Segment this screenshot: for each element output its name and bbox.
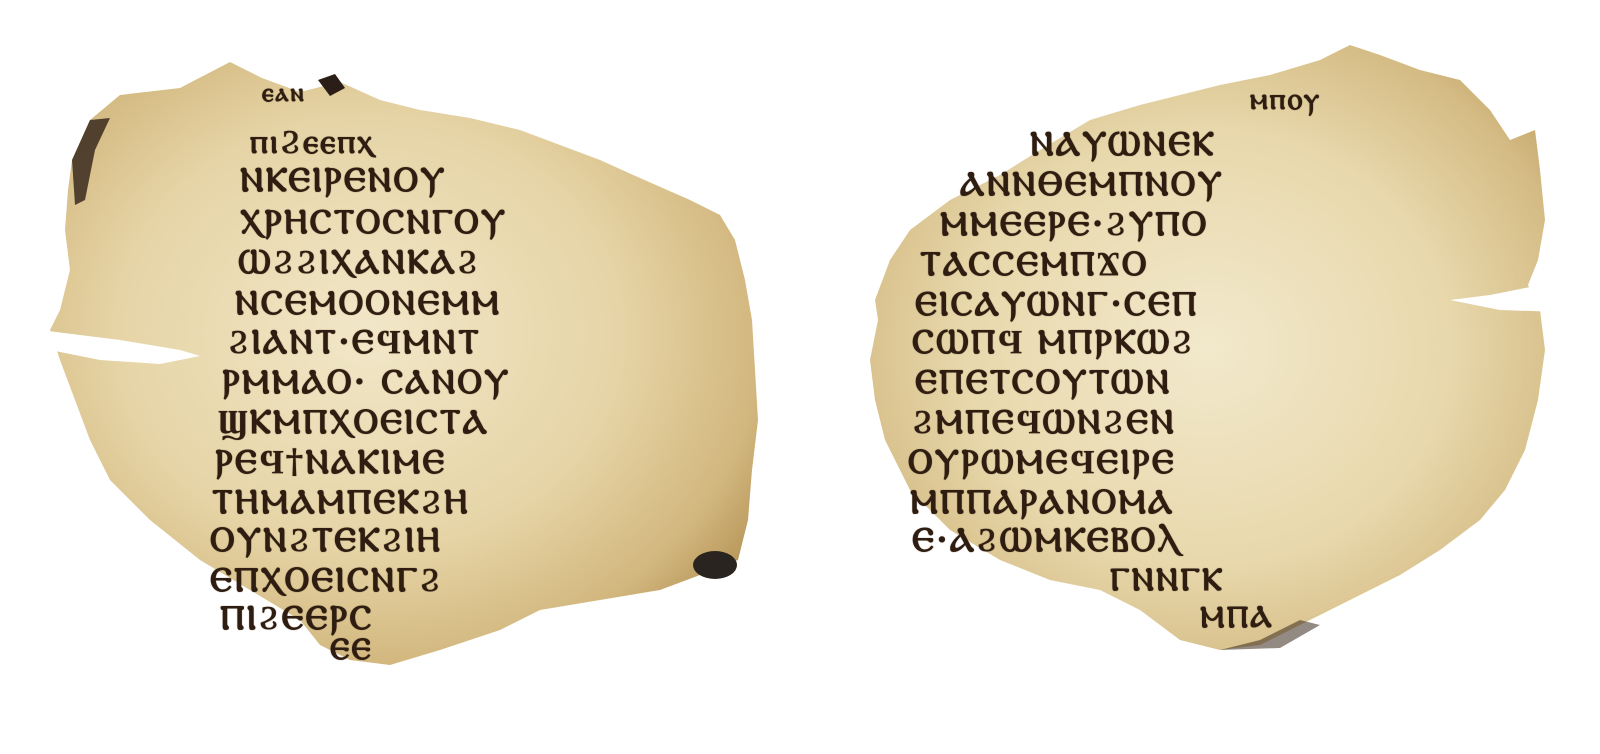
- text-line: ⲚⲔⲈⲒⲢⲈⲚⲞⲨ: [240, 160, 447, 200]
- text-line: ⲦⲎⲘⲀⲘⲠⲈⲔϨⲎ: [212, 482, 470, 522]
- text-line: ⲚⲀⲨⲰⲚⲈⲔ: [1030, 124, 1216, 164]
- text-line: ϨⲘⲠⲈϤⲰⲚϨⲈⲚ: [912, 402, 1176, 442]
- text-line: ⲙⲡⲟⲩ: [1250, 82, 1321, 117]
- text-line: ⲡⲓϨⲉⲉⲡⲭ: [250, 122, 375, 162]
- text-line: Ⲉ·ⲀϨⲰⲘⲔⲈⲂⲞⲖ: [912, 520, 1182, 560]
- text-line: ⲈⲠⲬⲞⲈⲒⲤⲚⲄϨ: [210, 560, 443, 600]
- text-line: ⲘⲘⲈⲈⲢⲈ·ϨⲨⲠⲞ: [940, 204, 1208, 244]
- text-line: ⲦⲀⲤⲤⲈⲘⲠϪⲞ: [920, 244, 1148, 284]
- text-line: ⲘⲠⲠⲀⲢⲀⲚⲞⲘⲀ: [910, 482, 1175, 522]
- text-line: ⲚⲤⲈⲘⲞⲞⲚⲈⲘⲘ: [235, 283, 501, 323]
- text-line: ⲢⲘⲘⲀⲞ· ⲤⲀⲚⲞⲨ: [222, 362, 510, 402]
- text-line: ⲢⲈϤ†ⲚⲀⲔⲒⲘⲈ: [215, 442, 446, 482]
- text-line: ϨⲒⲀⲚⲦ·ⲈϤⲘⲚⲦ: [228, 322, 481, 362]
- text-line: ⲉⲁⲛ: [262, 78, 306, 109]
- text-line: ⲬⲢⲎⲤⲦⲞⲤⲚⲄⲞⲨ: [240, 202, 507, 242]
- text-line: ⲰϨϨⲒⲬⲀⲚⲔⲀϨ: [238, 242, 480, 282]
- text-line: ϢⲔⲘⲠⲬⲞⲈⲒⲤⲦⲀ: [218, 402, 489, 442]
- text-line: ⲄⲚⲚⲄⲔ: [1110, 560, 1224, 599]
- text-line: ⲈⲈ: [330, 632, 373, 667]
- text-line: ⲞⲨⲚϨⲦⲈⲔϨⲒⲎ: [210, 520, 442, 560]
- text-line: ⲞⲨⲢⲰⲘⲈϤⲈⲒⲢⲈ: [908, 442, 1176, 482]
- left-parchment-fragment: ⲉⲁⲛ ⲡⲓϨⲉⲉⲡⲭ ⲚⲔⲈⲒⲢⲈⲚⲞⲨ ⲬⲢⲎⲤⲦⲞⲤⲚⲄⲞⲨ ⲰϨϨⲒⲬⲀ…: [0, 0, 800, 754]
- right-parchment-fragment: ⲙⲡⲟⲩ ⲚⲀⲨⲰⲚⲈⲔ ⲀⲚⲚⲐⲈⲘⲠⲚⲞⲨ ⲘⲘⲈⲈⲢⲈ·ϨⲨⲠⲞ ⲦⲀⲤⲤ…: [800, 0, 1600, 754]
- text-line: ⲤⲰⲠϤ ⲘⲠⲢⲔⲰϨ: [912, 322, 1195, 362]
- text-line: ⲀⲚⲚⲐⲈⲘⲠⲚⲞⲨ: [960, 164, 1224, 204]
- text-line: ⲈⲒⲤⲀⲨⲰⲚⲄ·ⲤⲈⲠ: [915, 284, 1199, 324]
- text-line: ⲘⲠⲀ: [1200, 600, 1274, 635]
- text-line: ⲈⲠⲈⲦⲤⲞⲨⲦⲰⲚ: [915, 362, 1171, 402]
